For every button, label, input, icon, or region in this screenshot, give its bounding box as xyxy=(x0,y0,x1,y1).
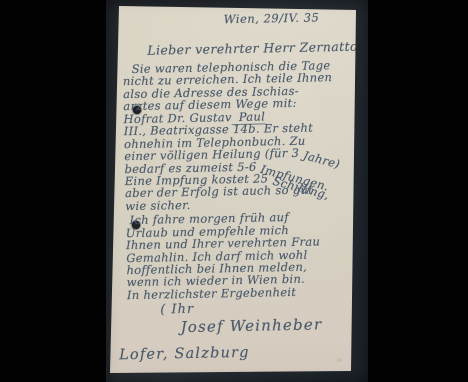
body-line-tail xyxy=(320,234,324,248)
place-line: Lofer, Salzburg xyxy=(119,345,250,364)
body-line-tail xyxy=(297,96,301,110)
body-line: In herzlichster Ergebenheit xyxy=(127,285,355,302)
signature: Josef Weinheber xyxy=(180,315,322,336)
salutation-line: Lieber verehrter Herr Zernatto! xyxy=(147,39,363,58)
body-line-tail xyxy=(296,285,300,299)
body-line-tail xyxy=(305,272,309,286)
body-line-text: wie sicher. xyxy=(125,198,191,213)
body-line-tail xyxy=(313,121,317,135)
body-line-tail xyxy=(332,71,336,85)
body-line-text: In herzlichster Ergebenheit xyxy=(127,285,297,302)
letter-content: Wien, 29/IV. 35 Lieber verehrter Herr Ze… xyxy=(102,0,371,382)
letter-paper: Wien, 29/IV. 35 Lieber verehrter Herr Ze… xyxy=(106,0,368,382)
body-line-tail xyxy=(191,198,195,212)
body-line-tail xyxy=(305,133,309,147)
letter-body: Sie waren telephonisch die Tage nicht zu… xyxy=(123,59,356,302)
date-line: Wien, 29/IV. 35 xyxy=(224,10,320,26)
closing-line: ( Ihr xyxy=(160,302,194,318)
photo-background: Wien, 29/IV. 35 Lieber verehrter Herr Ze… xyxy=(106,0,368,382)
